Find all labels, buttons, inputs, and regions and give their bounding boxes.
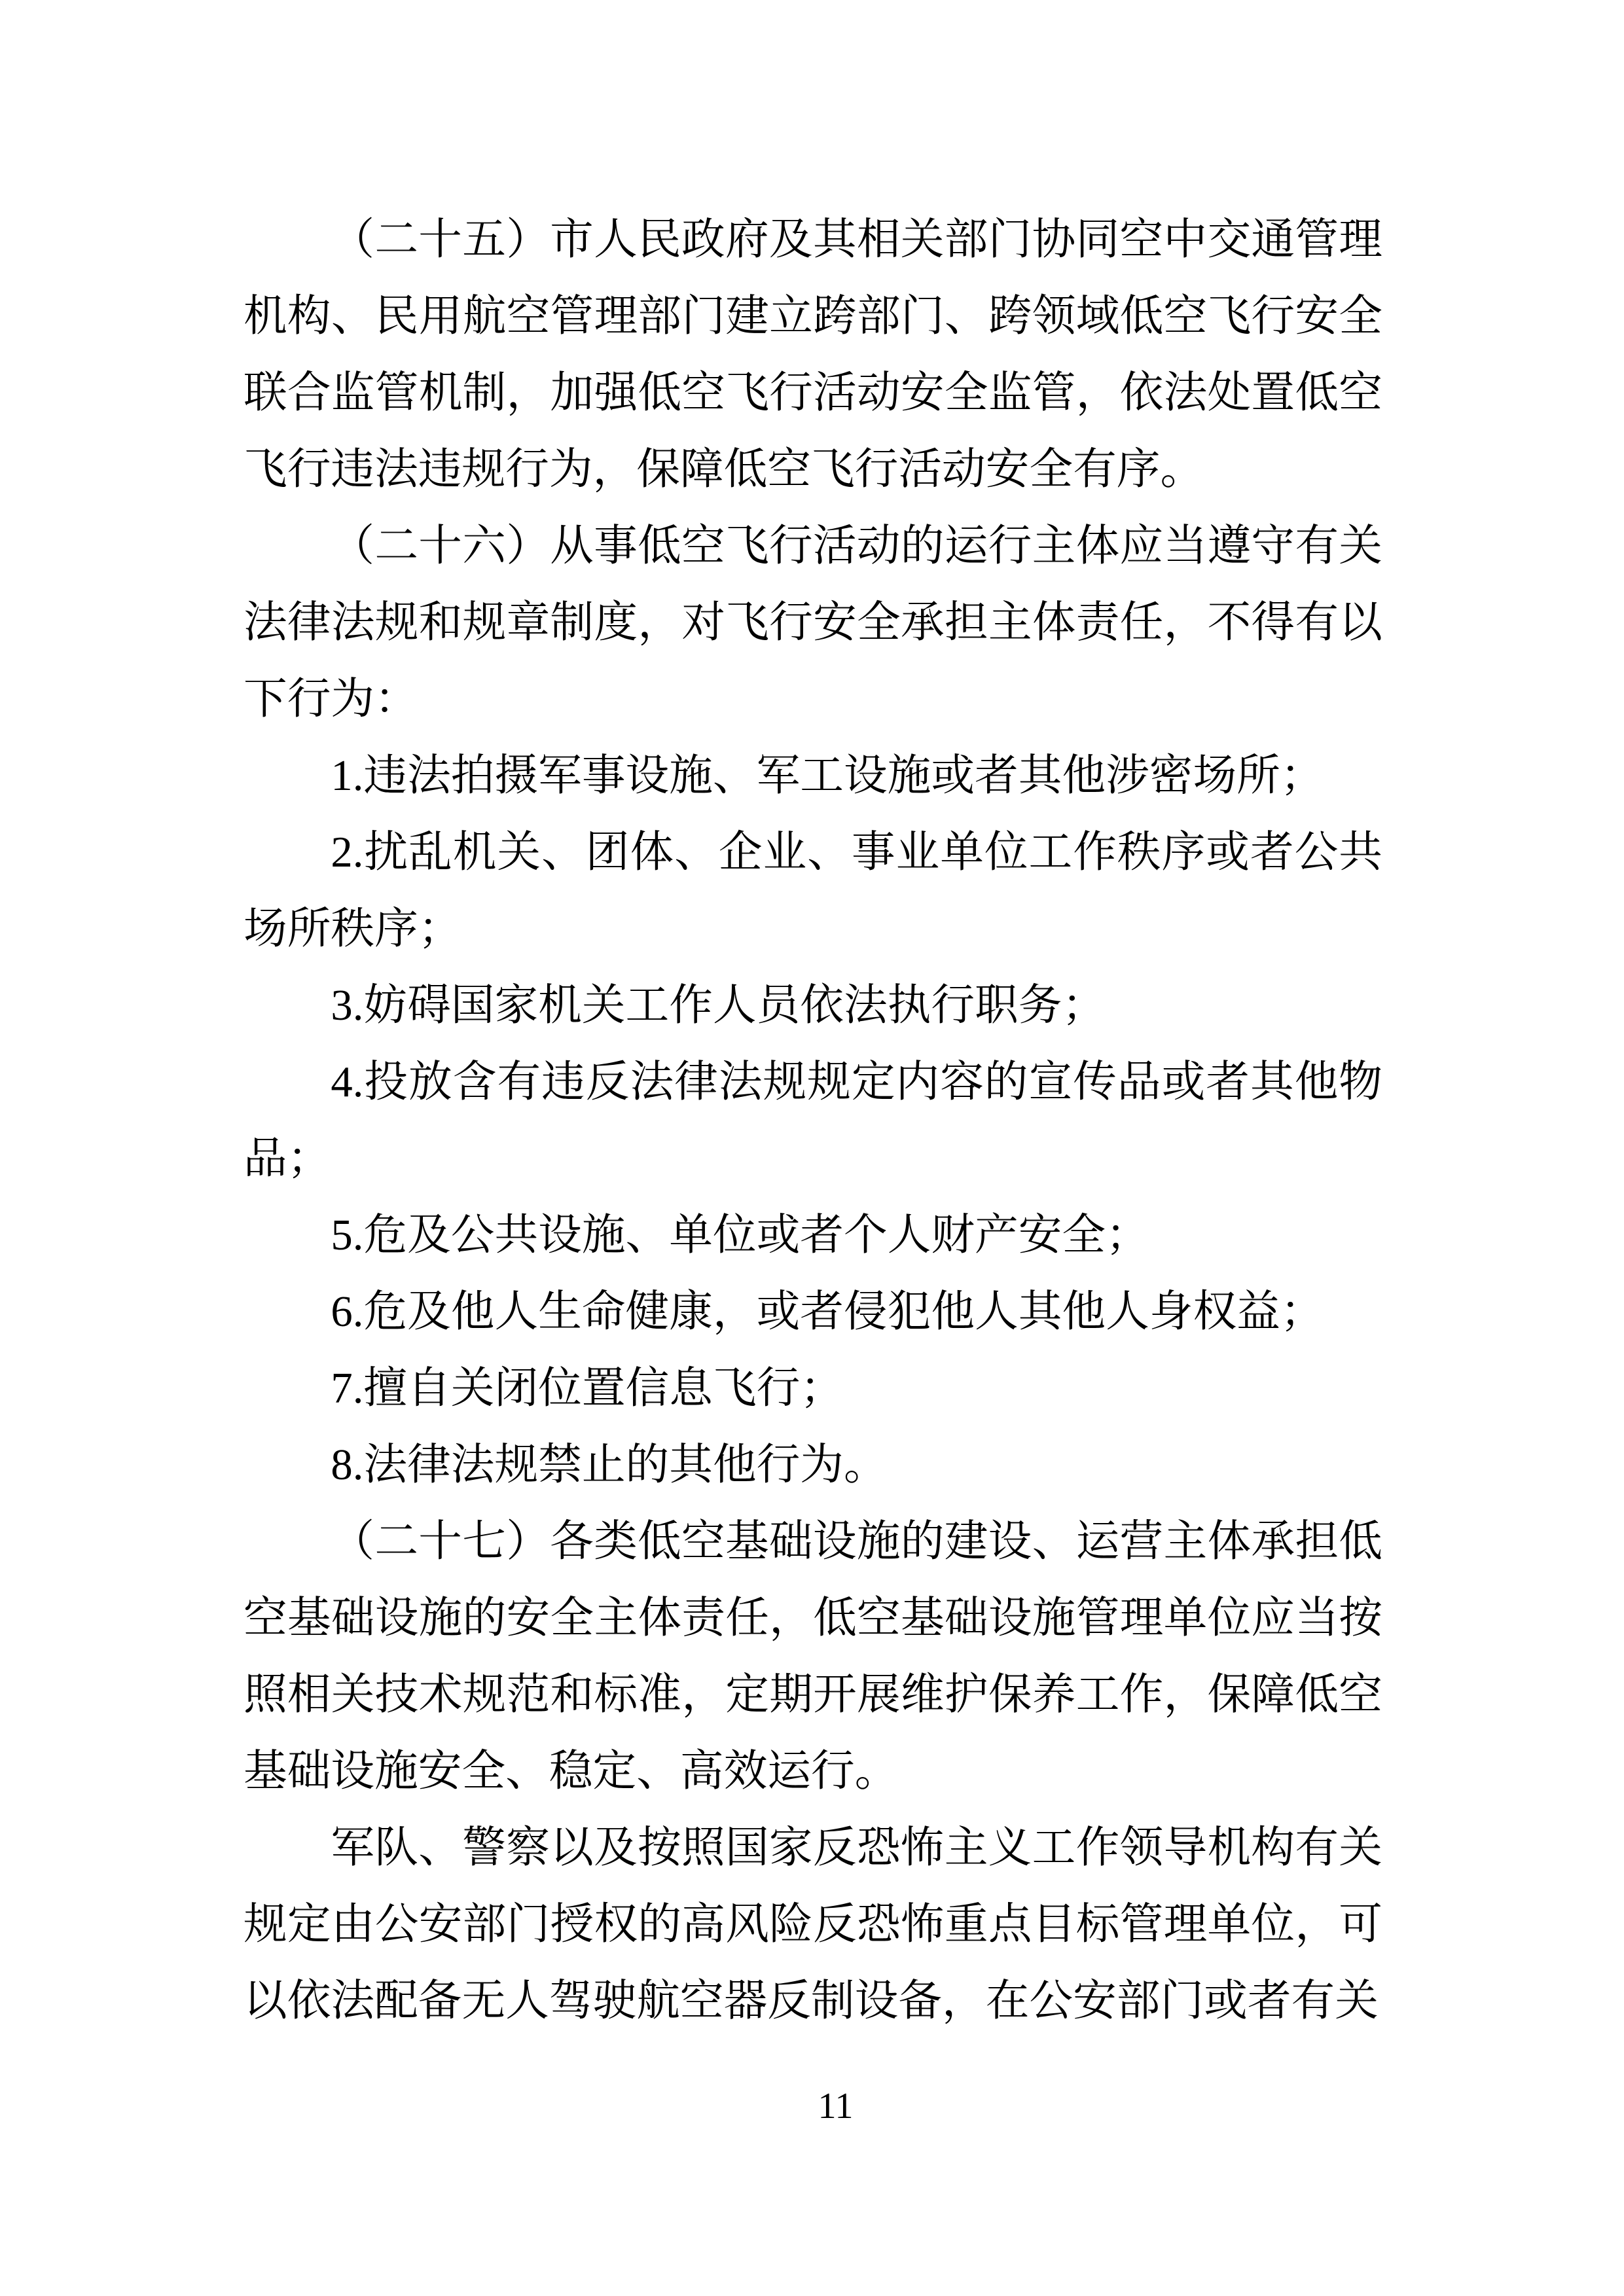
paragraph: 5.危及公共设施、单位或者个人财产安全； — [244, 1197, 1382, 1274]
paragraph: 7.擅自关闭位置信息飞行； — [244, 1350, 1382, 1427]
paragraph: 2.扰乱机关、团体、企业、事业单位工作秩序或者公共场所秩序； — [244, 814, 1382, 967]
document-body: （二十五）市人民政府及其相关部门协同空中交通管理机构、民用航空管理部门建立跨部门… — [244, 202, 1382, 2039]
paragraph: 3.妨碍国家机关工作人员依法执行职务； — [244, 967, 1382, 1044]
document-page: （二十五）市人民政府及其相关部门协同空中交通管理机构、民用航空管理部门建立跨部门… — [0, 0, 1624, 2296]
paragraph: （二十六）从事低空飞行活动的运行主体应当遵守有关法律法规和规章制度，对飞行安全承… — [244, 508, 1382, 738]
paragraph: 4.投放含有违反法律法规规定内容的宣传品或者其他物品； — [244, 1044, 1382, 1197]
page-number: 11 — [0, 2085, 1624, 2127]
paragraph: （二十五）市人民政府及其相关部门协同空中交通管理机构、民用航空管理部门建立跨部门… — [244, 202, 1382, 508]
paragraph: （二十七）各类低空基础设施的建设、运营主体承担低空基础设施的安全主体责任，低空基… — [244, 1503, 1382, 1810]
paragraph: 8.法律法规禁止的其他行为。 — [244, 1427, 1382, 1503]
paragraph: 军队、警察以及按照国家反恐怖主义工作领导机构有关规定由公安部门授权的高风险反恐怖… — [244, 1810, 1382, 2039]
paragraph: 1.违法拍摄军事设施、军工设施或者其他涉密场所； — [244, 738, 1382, 814]
paragraph: 6.危及他人生命健康，或者侵犯他人其他人身权益； — [244, 1274, 1382, 1350]
